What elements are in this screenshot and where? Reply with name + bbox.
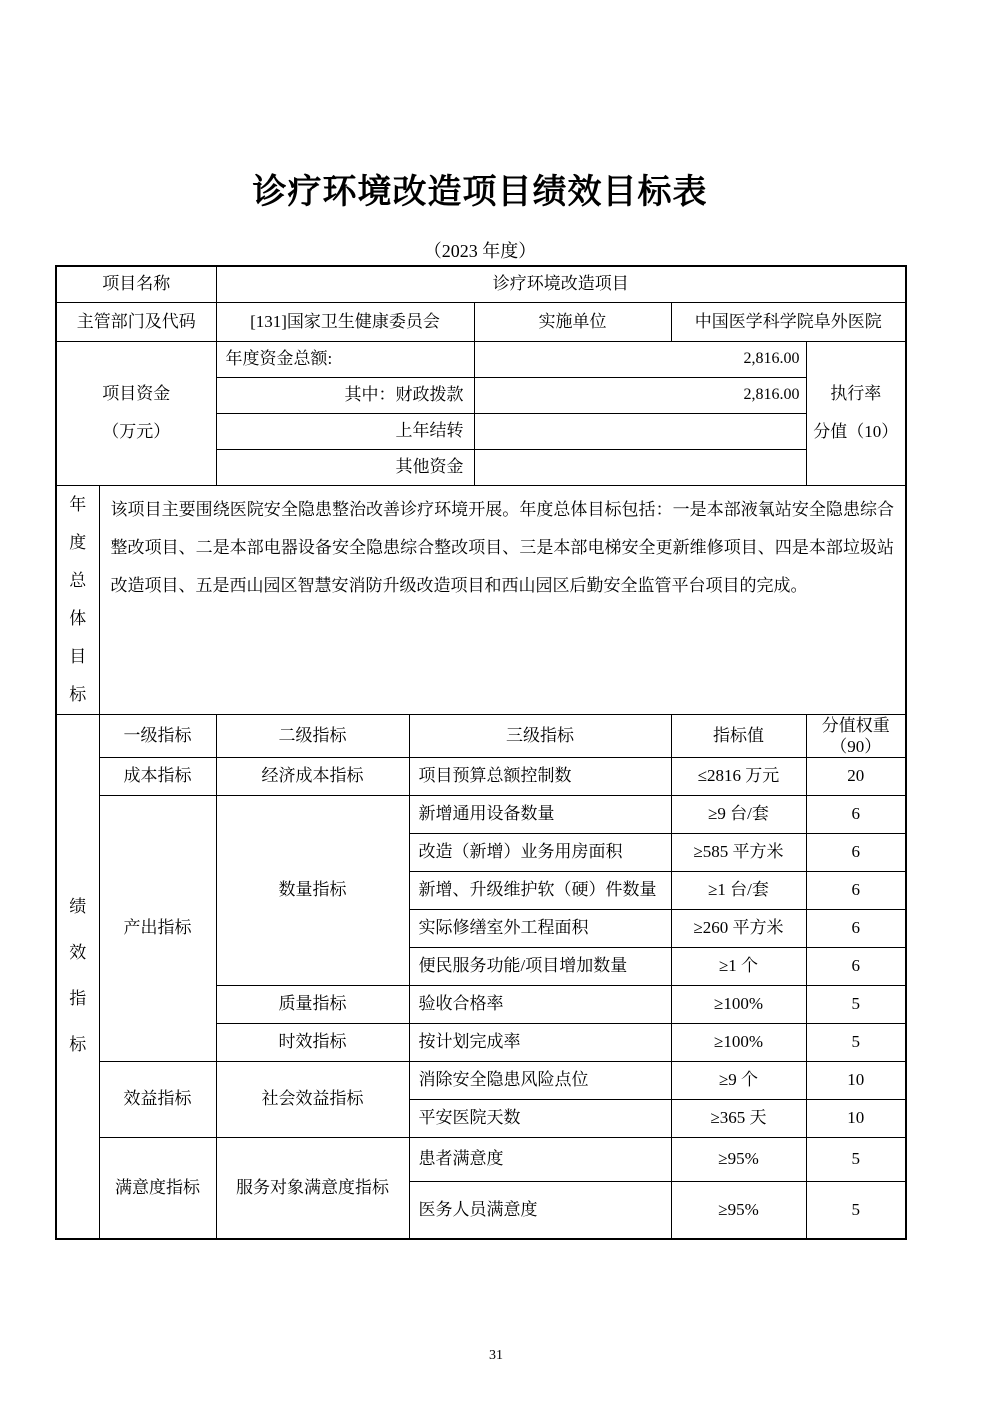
table-row: 项目资金 （万元） 年度资金总额: 2,816.00 执行率 分值（10）: [56, 341, 906, 377]
indicator-l1-cell: 效益指标: [99, 1061, 216, 1137]
funding-label-cell: 项目资金 （万元）: [56, 341, 216, 485]
indicator-l1-cell: 成本指标: [99, 757, 216, 795]
annual-goal-char: 目: [61, 638, 95, 676]
header-level1: 一级指标: [99, 714, 216, 757]
funding-item-label: 其中：财政拨款: [216, 377, 474, 413]
indicator-value-cell: ≤2816 万元: [671, 757, 806, 795]
indicator-l1-cell: 满意度指标: [99, 1137, 216, 1239]
indicator-value-cell: ≥260 平方米: [671, 909, 806, 947]
table-row: 满意度指标 服务对象满意度指标 患者满意度 ≥95% 5: [56, 1137, 906, 1181]
page-title: 诊疗环境改造项目绩效目标表: [55, 170, 905, 214]
annual-goal-label-cell: 年 度 总 体 目 标: [56, 485, 99, 714]
indicator-l3-cell: 新增、升级维护软（硬）件数量: [409, 871, 671, 909]
annual-goal-char: 度: [61, 524, 95, 562]
page-subtitle: （2023 年度）: [55, 240, 905, 262]
table-row: 绩 效 指 标 一级指标 二级指标 三级指标 指标值 分值权重 （90）: [56, 714, 906, 757]
indicator-l3-cell: 按计划完成率: [409, 1023, 671, 1061]
annual-goal-text-cell: 该项目主要围绕医院安全隐患整治改善诊疗环境开展。年度总体目标包括：一是本部液氧站…: [99, 485, 906, 714]
table-row: 成本指标 经济成本指标 项目预算总额控制数 ≤2816 万元 20: [56, 757, 906, 795]
indicator-l2-cell: 服务对象满意度指标: [216, 1137, 409, 1239]
indicator-l3-cell: 患者满意度: [409, 1137, 671, 1181]
indicator-l3-cell: 便民服务功能/项目增加数量: [409, 947, 671, 985]
indicator-value-cell: ≥1 台/套: [671, 871, 806, 909]
performance-label-cell: 绩 效 指 标: [56, 714, 99, 1239]
page-number: 31: [0, 1348, 992, 1364]
indicator-value-cell: ≥365 天: [671, 1099, 806, 1137]
table-row: 主管部门及代码 [131]国家卫生健康委员会 实施单位 中国医学科学院阜外医院: [56, 302, 906, 341]
funding-item-label: 年度资金总额:: [216, 341, 474, 377]
exec-rate-line1: 执行率: [811, 375, 902, 413]
indicator-value-cell: ≥9 个: [671, 1061, 806, 1099]
indicator-weight-cell: 10: [806, 1099, 906, 1137]
indicator-value-cell: ≥585 平方米: [671, 833, 806, 871]
funding-item-value: [474, 449, 806, 485]
indicator-l3-cell: 改造（新增）业务用房面积: [409, 833, 671, 871]
impl-label-cell: 实施单位: [474, 302, 671, 341]
performance-char: 绩: [61, 884, 95, 930]
annual-goal-char: 标: [61, 676, 95, 714]
annual-goal-char: 总: [61, 562, 95, 600]
indicator-value-cell: ≥100%: [671, 985, 806, 1023]
indicator-l1-cell: 产出指标: [99, 795, 216, 1061]
indicator-weight-cell: 5: [806, 985, 906, 1023]
indicator-l3-cell: 实际修缮室外工程面积: [409, 909, 671, 947]
indicator-weight-cell: 6: [806, 833, 906, 871]
indicator-weight-cell: 5: [806, 1181, 906, 1239]
header-value: 指标值: [671, 714, 806, 757]
table-row: 项目名称 诊疗环境改造项目: [56, 266, 906, 302]
indicator-l3-cell: 新增通用设备数量: [409, 795, 671, 833]
indicator-weight-cell: 6: [806, 947, 906, 985]
indicator-weight-cell: 10: [806, 1061, 906, 1099]
funding-item-label: 上年结转: [216, 413, 474, 449]
annual-goal-char: 体: [61, 600, 95, 638]
header-weight-line1: 分值权重: [811, 715, 902, 736]
funding-item-value: 2,816.00: [474, 341, 806, 377]
table-row: 年 度 总 体 目 标 该项目主要围绕医院安全隐患整治改善诊疗环境开展。年度总体…: [56, 485, 906, 714]
funding-item-value: [474, 413, 806, 449]
indicator-weight-cell: 6: [806, 795, 906, 833]
project-name-value-cell: 诊疗环境改造项目: [216, 266, 906, 302]
table-row: 效益指标 社会效益指标 消除安全隐患风险点位 ≥9 个 10: [56, 1061, 906, 1099]
header-level2: 二级指标: [216, 714, 409, 757]
indicator-value-cell: ≥1 个: [671, 947, 806, 985]
indicator-weight-cell: 20: [806, 757, 906, 795]
header-weight-line2: （90）: [811, 736, 902, 757]
indicator-l3-cell: 项目预算总额控制数: [409, 757, 671, 795]
annual-goal-char: 年: [61, 486, 95, 524]
indicator-l2-cell: 时效指标: [216, 1023, 409, 1061]
indicator-value-cell: ≥95%: [671, 1137, 806, 1181]
indicator-weight-cell: 6: [806, 871, 906, 909]
dept-value-cell: [131]国家卫生健康委员会: [216, 302, 474, 341]
indicator-l2-cell: 社会效益指标: [216, 1061, 409, 1137]
indicator-weight-cell: 6: [806, 909, 906, 947]
performance-char: 标: [61, 1022, 95, 1068]
indicator-l2-cell: 质量指标: [216, 985, 409, 1023]
funding-item-label: 其他资金: [216, 449, 474, 485]
indicator-l3-cell: 验收合格率: [409, 985, 671, 1023]
indicator-l3-cell: 消除安全隐患风险点位: [409, 1061, 671, 1099]
exec-rate-cell: 执行率 分值（10）: [806, 341, 906, 485]
header-level3: 三级指标: [409, 714, 671, 757]
header-weight: 分值权重 （90）: [806, 714, 906, 757]
performance-target-table: 项目名称 诊疗环境改造项目 主管部门及代码 [131]国家卫生健康委员会 实施单…: [55, 265, 907, 1240]
indicator-l2-cell: 经济成本指标: [216, 757, 409, 795]
funding-label-line2: （万元）: [61, 413, 212, 451]
indicator-l3-cell: 医务人员满意度: [409, 1181, 671, 1239]
indicator-value-cell: ≥95%: [671, 1181, 806, 1239]
table-row: 产出指标 数量指标 新增通用设备数量 ≥9 台/套 6: [56, 795, 906, 833]
performance-char: 指: [61, 976, 95, 1022]
performance-char: 效: [61, 930, 95, 976]
indicator-weight-cell: 5: [806, 1137, 906, 1181]
impl-value-cell: 中国医学科学院阜外医院: [671, 302, 906, 341]
project-name-label-cell: 项目名称: [56, 266, 216, 302]
exec-rate-line2: 分值（10）: [811, 413, 902, 451]
indicator-value-cell: ≥100%: [671, 1023, 806, 1061]
indicator-l3-cell: 平安医院天数: [409, 1099, 671, 1137]
funding-label-line1: 项目资金: [61, 375, 212, 413]
indicator-weight-cell: 5: [806, 1023, 906, 1061]
indicator-value-cell: ≥9 台/套: [671, 795, 806, 833]
indicator-l2-cell: 数量指标: [216, 795, 409, 985]
funding-item-value: 2,816.00: [474, 377, 806, 413]
dept-label-cell: 主管部门及代码: [56, 302, 216, 341]
